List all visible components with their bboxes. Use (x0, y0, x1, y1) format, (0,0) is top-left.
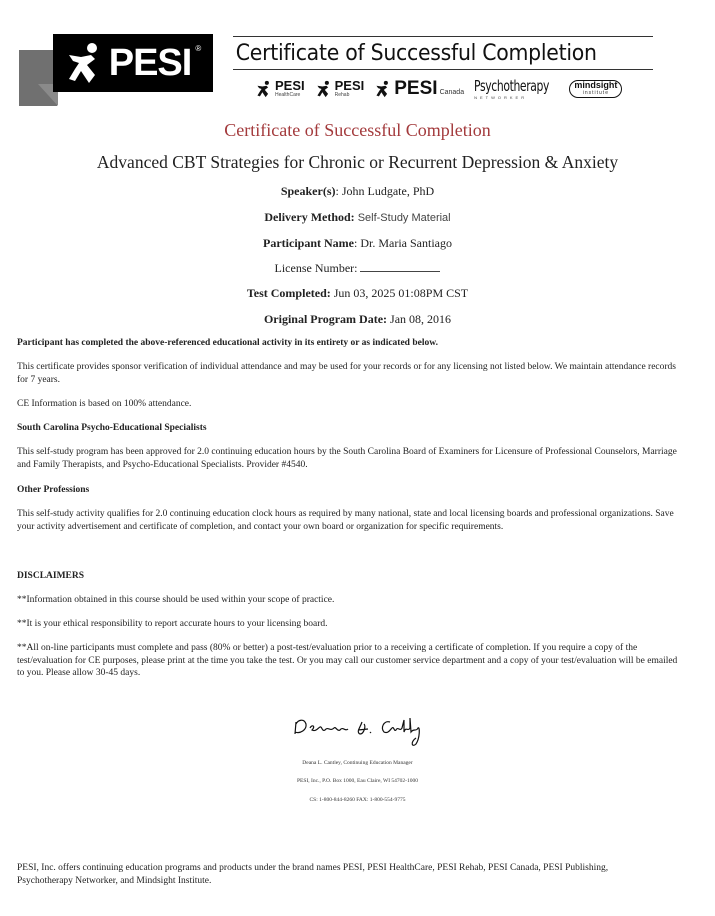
contact-numbers: CS: 1-800-844-8260 FAX: 1-800-554-9775 (0, 797, 715, 803)
company-address: PESI, Inc., P.O. Box 1000, Eau Claire, W… (0, 778, 715, 784)
license-label: License Number: (275, 261, 358, 275)
brand-pesi-canada: PESI Canada (374, 79, 464, 98)
participant-value: : Dr. Maria Santiago (354, 236, 452, 250)
participant-label: Participant Name (263, 236, 354, 250)
running-figure-icon (255, 80, 273, 98)
signer-name: Deana L. Cantley, Continuing Education M… (0, 760, 715, 766)
certificate-title: Certificate of Successful Completion (0, 120, 715, 141)
header-title: Certificate of Successful Completion (233, 37, 624, 69)
course-title: Advanced CBT Strategies for Chronic or R… (0, 152, 715, 173)
disclaimer-item: **All on-line participants must complete… (17, 642, 687, 680)
registered-mark: ® (195, 44, 201, 53)
running-figure-icon (65, 41, 105, 85)
program-date-label: Original Program Date: (264, 312, 387, 326)
bottom-rule (233, 69, 653, 70)
running-figure-icon (374, 80, 392, 98)
ce-info: CE Information is based on 100% attendan… (17, 398, 687, 411)
brand-psychotherapy-networker: Psychotherapy NETWORKER (474, 77, 553, 100)
delivery-method-label: Delivery Method: (264, 210, 354, 224)
other-professions-heading: Other Professions (17, 484, 687, 497)
logo-text: PESI (109, 42, 192, 85)
brand-pesi-healthcare: PESI HealthCare (255, 79, 305, 98)
speaker-value: : John Ludgate, PhD (336, 184, 435, 198)
speaker-line: Speaker(s): John Ludgate, PhD (0, 184, 715, 199)
license-number-blank (360, 262, 440, 272)
running-figure-icon (315, 80, 333, 98)
certificate-header: PESI ® Certificate of Successful Complet… (0, 0, 715, 110)
participant-line: Participant Name: Dr. Maria Santiago (0, 236, 715, 251)
brand-pesi-rehab: PESI Rehab (315, 79, 365, 98)
pesi-logo: PESI ® (53, 34, 213, 92)
disclaimers-heading: DISCLAIMERS (17, 570, 687, 583)
sc-text: This self-study program has been approve… (17, 446, 687, 471)
program-date-value: Jan 08, 2016 (390, 312, 451, 326)
other-professions-text: This self-study activity qualifies for 2… (17, 508, 687, 533)
header-title-block: Certificate of Successful Completion (233, 36, 653, 70)
completion-statement: Participant has completed the above-refe… (17, 337, 687, 350)
test-completed-label: Test Completed: (247, 286, 331, 300)
delivery-method-value: Self-Study Material (358, 212, 451, 224)
program-date-line: Original Program Date: Jan 08, 2016 (0, 312, 715, 327)
disclaimer-item: **It is your ethical responsibility to r… (17, 618, 687, 631)
license-line: License Number: (0, 261, 715, 276)
brand-mindsight-institute: mindsight institute (569, 80, 622, 98)
delivery-method-line: Delivery Method: Self-Study Material (0, 210, 715, 225)
test-completed-line: Test Completed: Jun 03, 2025 01:08PM CST (0, 286, 715, 301)
footer-brand-statement: PESI, Inc. offers continuing education p… (17, 862, 657, 888)
signature-image (290, 712, 430, 752)
sc-heading: South Carolina Psycho-Educational Specia… (17, 422, 687, 435)
test-completed-value: Jun 03, 2025 01:08PM CST (334, 286, 468, 300)
disclaimer-item: **Information obtained in this course sh… (17, 594, 687, 607)
speaker-label: Speaker(s) (281, 184, 336, 198)
verification-text: This certificate provides sponsor verifi… (17, 361, 687, 386)
brand-logos: PESI HealthCare PESI Rehab PESI Canada P… (255, 77, 622, 100)
